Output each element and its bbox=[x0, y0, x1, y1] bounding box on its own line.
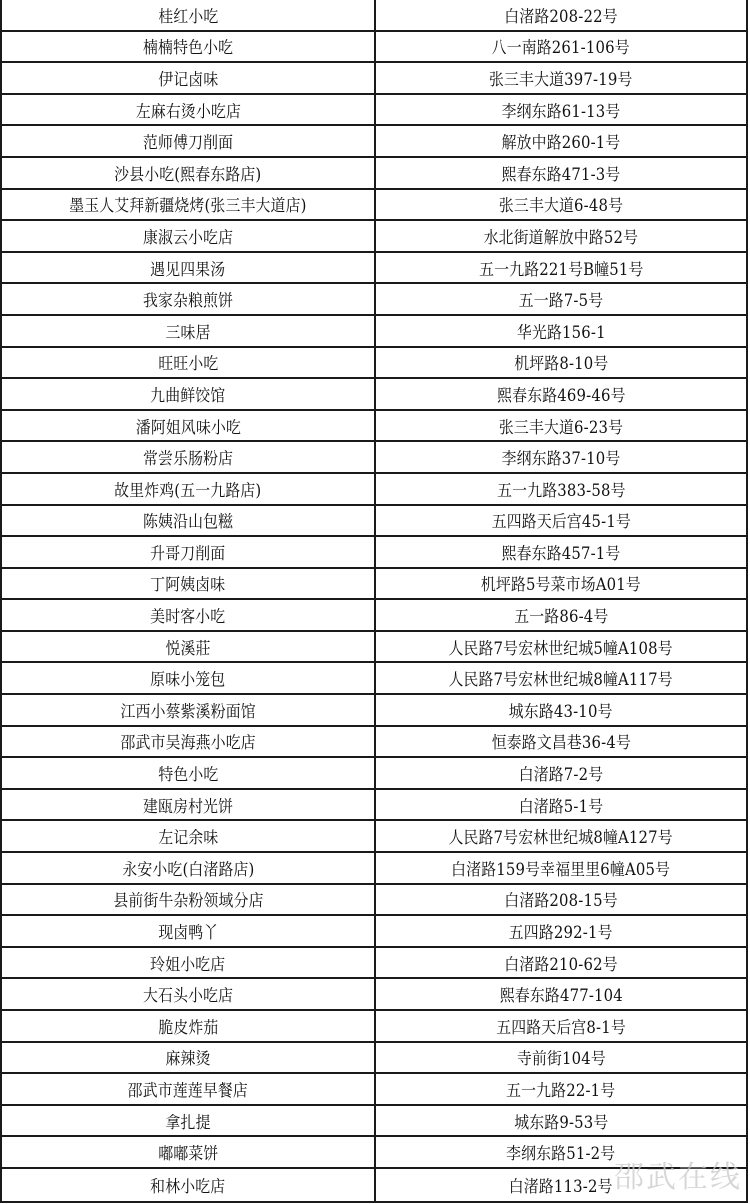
table-row: 左麻右烫小吃店李纲东路61-13号 bbox=[2, 95, 746, 127]
table-row: 升哥刀削面熙春东路457-1号 bbox=[2, 537, 746, 569]
shop-address-cell: 人民路7号宏林世纪城8幢A127号 bbox=[376, 821, 746, 851]
shop-address: 熙春东路457-1号 bbox=[502, 540, 621, 564]
table-row: 陈姨沿山包糍五四路天后宫45-1号 bbox=[2, 506, 746, 538]
shop-address: 熙春东路471-3号 bbox=[502, 161, 621, 185]
shop-address-cell: 解放中路260-1号 bbox=[376, 126, 746, 156]
shop-name-cell: 江西小蔡紫溪粉面馆 bbox=[2, 695, 376, 725]
table-row: 康淑云小吃店水北街道解放中路52号 bbox=[2, 221, 746, 253]
shop-name: 左记余味 bbox=[158, 824, 218, 848]
table-row: 县前街牛杂粉领域分店白渚路208-15号 bbox=[2, 885, 746, 917]
shop-name: 九曲鲜饺馆 bbox=[150, 382, 225, 406]
shop-address: 五四路292-1号 bbox=[509, 919, 613, 943]
shop-address-cell: 机坪路5号菜市场A01号 bbox=[376, 569, 746, 599]
shop-address-cell: 白渚路5-1号 bbox=[376, 790, 746, 820]
shop-name-cell: 邵武市莲莲早餐店 bbox=[2, 1074, 376, 1104]
table-row: 常尝乐肠粉店李纲东路37-10号 bbox=[2, 442, 746, 474]
table-row: 楠楠特色小吃八一南路261-106号 bbox=[2, 32, 746, 64]
shop-address-cell: 水北街道解放中路52号 bbox=[376, 221, 746, 251]
shop-address-cell: 白渚路208-15号 bbox=[376, 885, 746, 915]
shop-name: 墨玉人艾拜新疆烧烤(张三丰大道店) bbox=[69, 192, 306, 216]
shop-name-cell: 特色小吃 bbox=[2, 758, 376, 788]
shop-address: 熙春东路477-104 bbox=[499, 982, 622, 1006]
shop-name: 永安小吃(白渚路店) bbox=[122, 856, 254, 880]
shop-address-cell: 熙春东路477-104 bbox=[376, 979, 746, 1009]
shop-address-cell: 李纲东路51-2号 bbox=[376, 1137, 746, 1167]
shop-name-cell: 左麻右烫小吃店 bbox=[2, 95, 376, 125]
shop-name: 麻辣烫 bbox=[165, 1045, 210, 1069]
shop-address-cell: 城东路43-10号 bbox=[376, 695, 746, 725]
shop-name-cell: 悦溪莊 bbox=[2, 632, 376, 662]
shop-address-table: 桂红小吃白渚路208-22号楠楠特色小吃八一南路261-106号伊记卤味张三丰大… bbox=[0, 0, 748, 1203]
table-row: 现卤鸭丫五四路292-1号 bbox=[2, 916, 746, 948]
table-row: 丁阿姨卤味机坪路5号菜市场A01号 bbox=[2, 569, 746, 601]
table-row: 故里炸鸡(五一九路店)五一九路383-58号 bbox=[2, 474, 746, 506]
table-row: 旺旺小吃机坪路8-10号 bbox=[2, 348, 746, 380]
shop-address-cell: 张三丰大道6-23号 bbox=[376, 411, 746, 441]
shop-address-cell: 白渚路210-62号 bbox=[376, 948, 746, 978]
table-row: 悦溪莊人民路7号宏林世纪城5幢A108号 bbox=[2, 632, 746, 664]
table-row: 建瓯房村光饼白渚路5-1号 bbox=[2, 790, 746, 822]
shop-address-cell: 熙春东路471-3号 bbox=[376, 158, 746, 188]
shop-name-cell: 建瓯房村光饼 bbox=[2, 790, 376, 820]
shop-name: 江西小蔡紫溪粉面馆 bbox=[120, 698, 255, 722]
shop-name: 范师傅刀削面 bbox=[143, 129, 233, 153]
shop-name: 原味小笼包 bbox=[150, 666, 225, 690]
shop-name-cell: 楠楠特色小吃 bbox=[2, 32, 376, 62]
shop-address: 白渚路159号幸福里里6幢A05号 bbox=[452, 856, 671, 880]
shop-name: 三味居 bbox=[165, 319, 210, 343]
shop-name-cell: 嘟嘟菜饼 bbox=[2, 1137, 376, 1167]
shop-name-cell: 遇见四果汤 bbox=[2, 253, 376, 283]
shop-name-cell: 我家杂粮煎饼 bbox=[2, 284, 376, 314]
shop-name: 伊记卤味 bbox=[158, 66, 218, 90]
shop-name-cell: 永安小吃(白渚路店) bbox=[2, 853, 376, 883]
shop-name-cell: 伊记卤味 bbox=[2, 63, 376, 93]
shop-address: 李纲东路37-10号 bbox=[502, 445, 621, 469]
shop-address: 机坪路5号菜市场A01号 bbox=[481, 571, 641, 595]
table-row: 玲姐小吃店白渚路210-62号 bbox=[2, 948, 746, 980]
shop-address-cell: 五一路7-5号 bbox=[376, 284, 746, 314]
shop-address-cell: 李纲东路37-10号 bbox=[376, 442, 746, 472]
shop-address-cell: 人民路7号宏林世纪城8幢A117号 bbox=[376, 663, 746, 693]
table-row: 永安小吃(白渚路店)白渚路159号幸福里里6幢A05号 bbox=[2, 853, 746, 885]
shop-address-cell: 人民路7号宏林世纪城5幢A108号 bbox=[376, 632, 746, 662]
shop-name-cell: 三味居 bbox=[2, 316, 376, 346]
shop-name-cell: 玲姐小吃店 bbox=[2, 948, 376, 978]
shop-address-cell: 城东路9-53号 bbox=[376, 1106, 746, 1136]
shop-address-cell: 寺前街104号 bbox=[376, 1043, 746, 1073]
shop-name-cell: 大石头小吃店 bbox=[2, 979, 376, 1009]
shop-address-cell: 张三丰大道397-19号 bbox=[376, 63, 746, 93]
table-row: 沙县小吃(熙春东路店)熙春东路471-3号 bbox=[2, 158, 746, 190]
shop-name: 我家杂粮煎饼 bbox=[143, 287, 233, 311]
table-row: 桂红小吃白渚路208-22号 bbox=[2, 0, 746, 32]
shop-address: 白渚路208-15号 bbox=[504, 887, 617, 911]
shop-address-cell: 熙春东路457-1号 bbox=[376, 537, 746, 567]
shop-address-cell: 五四路天后宫8-1号 bbox=[376, 1011, 746, 1041]
shop-address: 水北街道解放中路52号 bbox=[484, 224, 639, 248]
shop-name-cell: 左记余味 bbox=[2, 821, 376, 851]
table-row: 特色小吃白渚路7-2号 bbox=[2, 758, 746, 790]
shop-name: 美时客小吃 bbox=[150, 603, 225, 627]
shop-address: 熙春东路469-46号 bbox=[497, 382, 625, 406]
shop-address: 五一路86-4号 bbox=[514, 603, 608, 627]
shop-address: 华光路156-1 bbox=[517, 319, 606, 343]
shop-name: 邵武市莲莲早餐店 bbox=[128, 1077, 248, 1101]
shop-address: 五一九路22-1号 bbox=[506, 1077, 615, 1101]
table-row: 潘阿姐风味小吃张三丰大道6-23号 bbox=[2, 411, 746, 443]
shop-name: 现卤鸭丫 bbox=[158, 919, 218, 943]
shop-address: 八一南路261-106号 bbox=[492, 34, 630, 58]
table-row: 我家杂粮煎饼五一路7-5号 bbox=[2, 284, 746, 316]
shop-name: 和林小吃店 bbox=[150, 1173, 225, 1197]
shop-address: 五一九路383-58号 bbox=[497, 477, 625, 501]
shop-name: 旺旺小吃 bbox=[158, 350, 218, 374]
shop-name: 特色小吃 bbox=[158, 761, 218, 785]
shop-address: 白渚路210-62号 bbox=[504, 951, 617, 975]
shop-name: 脆皮炸茄 bbox=[158, 1014, 218, 1038]
shop-name-cell: 桂红小吃 bbox=[2, 0, 376, 30]
table-row: 邵武市吴海燕小吃店恒泰路文昌巷36-4号 bbox=[2, 727, 746, 759]
shop-name: 陈姨沿山包糍 bbox=[143, 508, 233, 532]
shop-address: 人民路7号宏林世纪城8幢A117号 bbox=[449, 666, 673, 690]
shop-name-cell: 九曲鲜饺馆 bbox=[2, 379, 376, 409]
shop-address: 白渚路208-22号 bbox=[504, 3, 617, 27]
shop-address: 张三丰大道6-48号 bbox=[499, 192, 623, 216]
shop-address: 恒泰路文昌巷36-4号 bbox=[491, 729, 630, 753]
shop-address-cell: 五一路86-4号 bbox=[376, 600, 746, 630]
shop-address-cell: 五一九路383-58号 bbox=[376, 474, 746, 504]
shop-address: 张三丰大道397-19号 bbox=[489, 66, 633, 90]
shop-name: 县前街牛杂粉领域分店 bbox=[113, 887, 263, 911]
table-row: 拿扎提城东路9-53号 bbox=[2, 1106, 746, 1138]
shop-name-cell: 陈姨沿山包糍 bbox=[2, 506, 376, 536]
shop-name: 沙县小吃(熙春东路店) bbox=[114, 161, 261, 185]
shop-name: 故里炸鸡(五一九路店) bbox=[114, 477, 261, 501]
shop-address-cell: 五一九路221号B幢51号 bbox=[376, 253, 746, 283]
table-row: 和林小吃店白渚路113-2号 bbox=[2, 1169, 746, 1201]
shop-address: 白渚路5-1号 bbox=[519, 793, 604, 817]
shop-name-cell: 旺旺小吃 bbox=[2, 348, 376, 378]
shop-address-cell: 熙春东路469-46号 bbox=[376, 379, 746, 409]
shop-address: 解放中路260-1号 bbox=[502, 129, 621, 153]
table-row: 美时客小吃五一路86-4号 bbox=[2, 600, 746, 632]
table-row: 三味居华光路156-1 bbox=[2, 316, 746, 348]
table-row: 遇见四果汤五一九路221号B幢51号 bbox=[2, 253, 746, 285]
shop-address: 白渚路7-2号 bbox=[519, 761, 604, 785]
shop-name: 升哥刀削面 bbox=[150, 540, 225, 564]
shop-address: 李纲东路61-13号 bbox=[502, 98, 621, 122]
shop-name-cell: 故里炸鸡(五一九路店) bbox=[2, 474, 376, 504]
shop-address: 寺前街104号 bbox=[516, 1045, 605, 1069]
shop-name-cell: 升哥刀削面 bbox=[2, 537, 376, 567]
shop-name: 左麻右烫小吃店 bbox=[135, 98, 240, 122]
shop-name: 常尝乐肠粉店 bbox=[143, 445, 233, 469]
shop-name: 悦溪莊 bbox=[165, 635, 210, 659]
table-row: 伊记卤味张三丰大道397-19号 bbox=[2, 63, 746, 95]
table-row: 范师傅刀削面解放中路260-1号 bbox=[2, 126, 746, 158]
table-row: 原味小笼包人民路7号宏林世纪城8幢A117号 bbox=[2, 663, 746, 695]
shop-name-cell: 和林小吃店 bbox=[2, 1169, 376, 1201]
shop-address: 白渚路113-2号 bbox=[509, 1173, 613, 1197]
shop-address: 张三丰大道6-23号 bbox=[499, 414, 623, 438]
shop-name-cell: 丁阿姨卤味 bbox=[2, 569, 376, 599]
shop-name-cell: 常尝乐肠粉店 bbox=[2, 442, 376, 472]
shop-name: 康淑云小吃店 bbox=[143, 224, 233, 248]
shop-address: 五四路天后宫45-1号 bbox=[491, 508, 630, 532]
shop-name-cell: 沙县小吃(熙春东路店) bbox=[2, 158, 376, 188]
shop-name: 拿扎提 bbox=[165, 1109, 210, 1133]
shop-address: 人民路7号宏林世纪城8幢A127号 bbox=[449, 824, 673, 848]
shop-name: 大石头小吃店 bbox=[143, 982, 233, 1006]
shop-name: 丁阿姨卤味 bbox=[150, 571, 225, 595]
shop-name: 楠楠特色小吃 bbox=[143, 34, 233, 58]
table-row: 嘟嘟菜饼李纲东路51-2号 bbox=[2, 1137, 746, 1169]
shop-name-cell: 麻辣烫 bbox=[2, 1043, 376, 1073]
shop-address: 城东路9-53号 bbox=[514, 1109, 608, 1133]
table-row: 江西小蔡紫溪粉面馆城东路43-10号 bbox=[2, 695, 746, 727]
shop-address-cell: 五四路天后宫45-1号 bbox=[376, 506, 746, 536]
shop-address: 机坪路8-10号 bbox=[514, 350, 608, 374]
table-row: 九曲鲜饺馆熙春东路469-46号 bbox=[2, 379, 746, 411]
shop-address-cell: 白渚路208-22号 bbox=[376, 0, 746, 30]
shop-name: 遇见四果汤 bbox=[150, 256, 225, 280]
shop-name-cell: 脆皮炸茄 bbox=[2, 1011, 376, 1041]
shop-address-cell: 机坪路8-10号 bbox=[376, 348, 746, 378]
shop-name: 嘟嘟菜饼 bbox=[158, 1140, 218, 1164]
shop-name-cell: 拿扎提 bbox=[2, 1106, 376, 1136]
table-row: 脆皮炸茄五四路天后宫8-1号 bbox=[2, 1011, 746, 1043]
shop-name-cell: 康淑云小吃店 bbox=[2, 221, 376, 251]
shop-name-cell: 现卤鸭丫 bbox=[2, 916, 376, 946]
shop-address-cell: 五四路292-1号 bbox=[376, 916, 746, 946]
table-row: 大石头小吃店熙春东路477-104 bbox=[2, 979, 746, 1011]
shop-name-cell: 美时客小吃 bbox=[2, 600, 376, 630]
shop-address: 五一九路221号B幢51号 bbox=[479, 256, 643, 280]
table-row: 墨玉人艾拜新疆烧烤(张三丰大道店)张三丰大道6-48号 bbox=[2, 190, 746, 222]
shop-name: 玲姐小吃店 bbox=[150, 951, 225, 975]
shop-name-cell: 县前街牛杂粉领域分店 bbox=[2, 885, 376, 915]
shop-name: 潘阿姐风味小吃 bbox=[135, 414, 240, 438]
shop-address-cell: 白渚路7-2号 bbox=[376, 758, 746, 788]
shop-address-cell: 华光路156-1 bbox=[376, 316, 746, 346]
table-row: 左记余味人民路7号宏林世纪城8幢A127号 bbox=[2, 821, 746, 853]
shop-address-cell: 八一南路261-106号 bbox=[376, 32, 746, 62]
shop-address-cell: 李纲东路61-13号 bbox=[376, 95, 746, 125]
table-row: 麻辣烫寺前街104号 bbox=[2, 1043, 746, 1075]
shop-address-cell: 白渚路113-2号 bbox=[376, 1169, 746, 1201]
shop-address-cell: 恒泰路文昌巷36-4号 bbox=[376, 727, 746, 757]
shop-name-cell: 潘阿姐风味小吃 bbox=[2, 411, 376, 441]
shop-address: 李纲东路51-2号 bbox=[506, 1140, 615, 1164]
shop-name-cell: 墨玉人艾拜新疆烧烤(张三丰大道店) bbox=[2, 190, 376, 220]
shop-address: 五一路7-5号 bbox=[519, 287, 604, 311]
shop-address: 人民路7号宏林世纪城5幢A108号 bbox=[449, 635, 673, 659]
shop-address: 五四路天后宫8-1号 bbox=[496, 1014, 626, 1038]
shop-address-cell: 五一九路22-1号 bbox=[376, 1074, 746, 1104]
shop-name: 邵武市吴海燕小吃店 bbox=[120, 729, 255, 753]
shop-address-cell: 白渚路159号幸福里里6幢A05号 bbox=[376, 853, 746, 883]
shop-name: 建瓯房村光饼 bbox=[143, 793, 233, 817]
shop-address-cell: 张三丰大道6-48号 bbox=[376, 190, 746, 220]
shop-name: 桂红小吃 bbox=[158, 3, 218, 27]
shop-name-cell: 范师傅刀削面 bbox=[2, 126, 376, 156]
shop-name-cell: 原味小笼包 bbox=[2, 663, 376, 693]
shop-name-cell: 邵武市吴海燕小吃店 bbox=[2, 727, 376, 757]
table-row: 邵武市莲莲早餐店五一九路22-1号 bbox=[2, 1074, 746, 1106]
shop-address: 城东路43-10号 bbox=[509, 698, 613, 722]
